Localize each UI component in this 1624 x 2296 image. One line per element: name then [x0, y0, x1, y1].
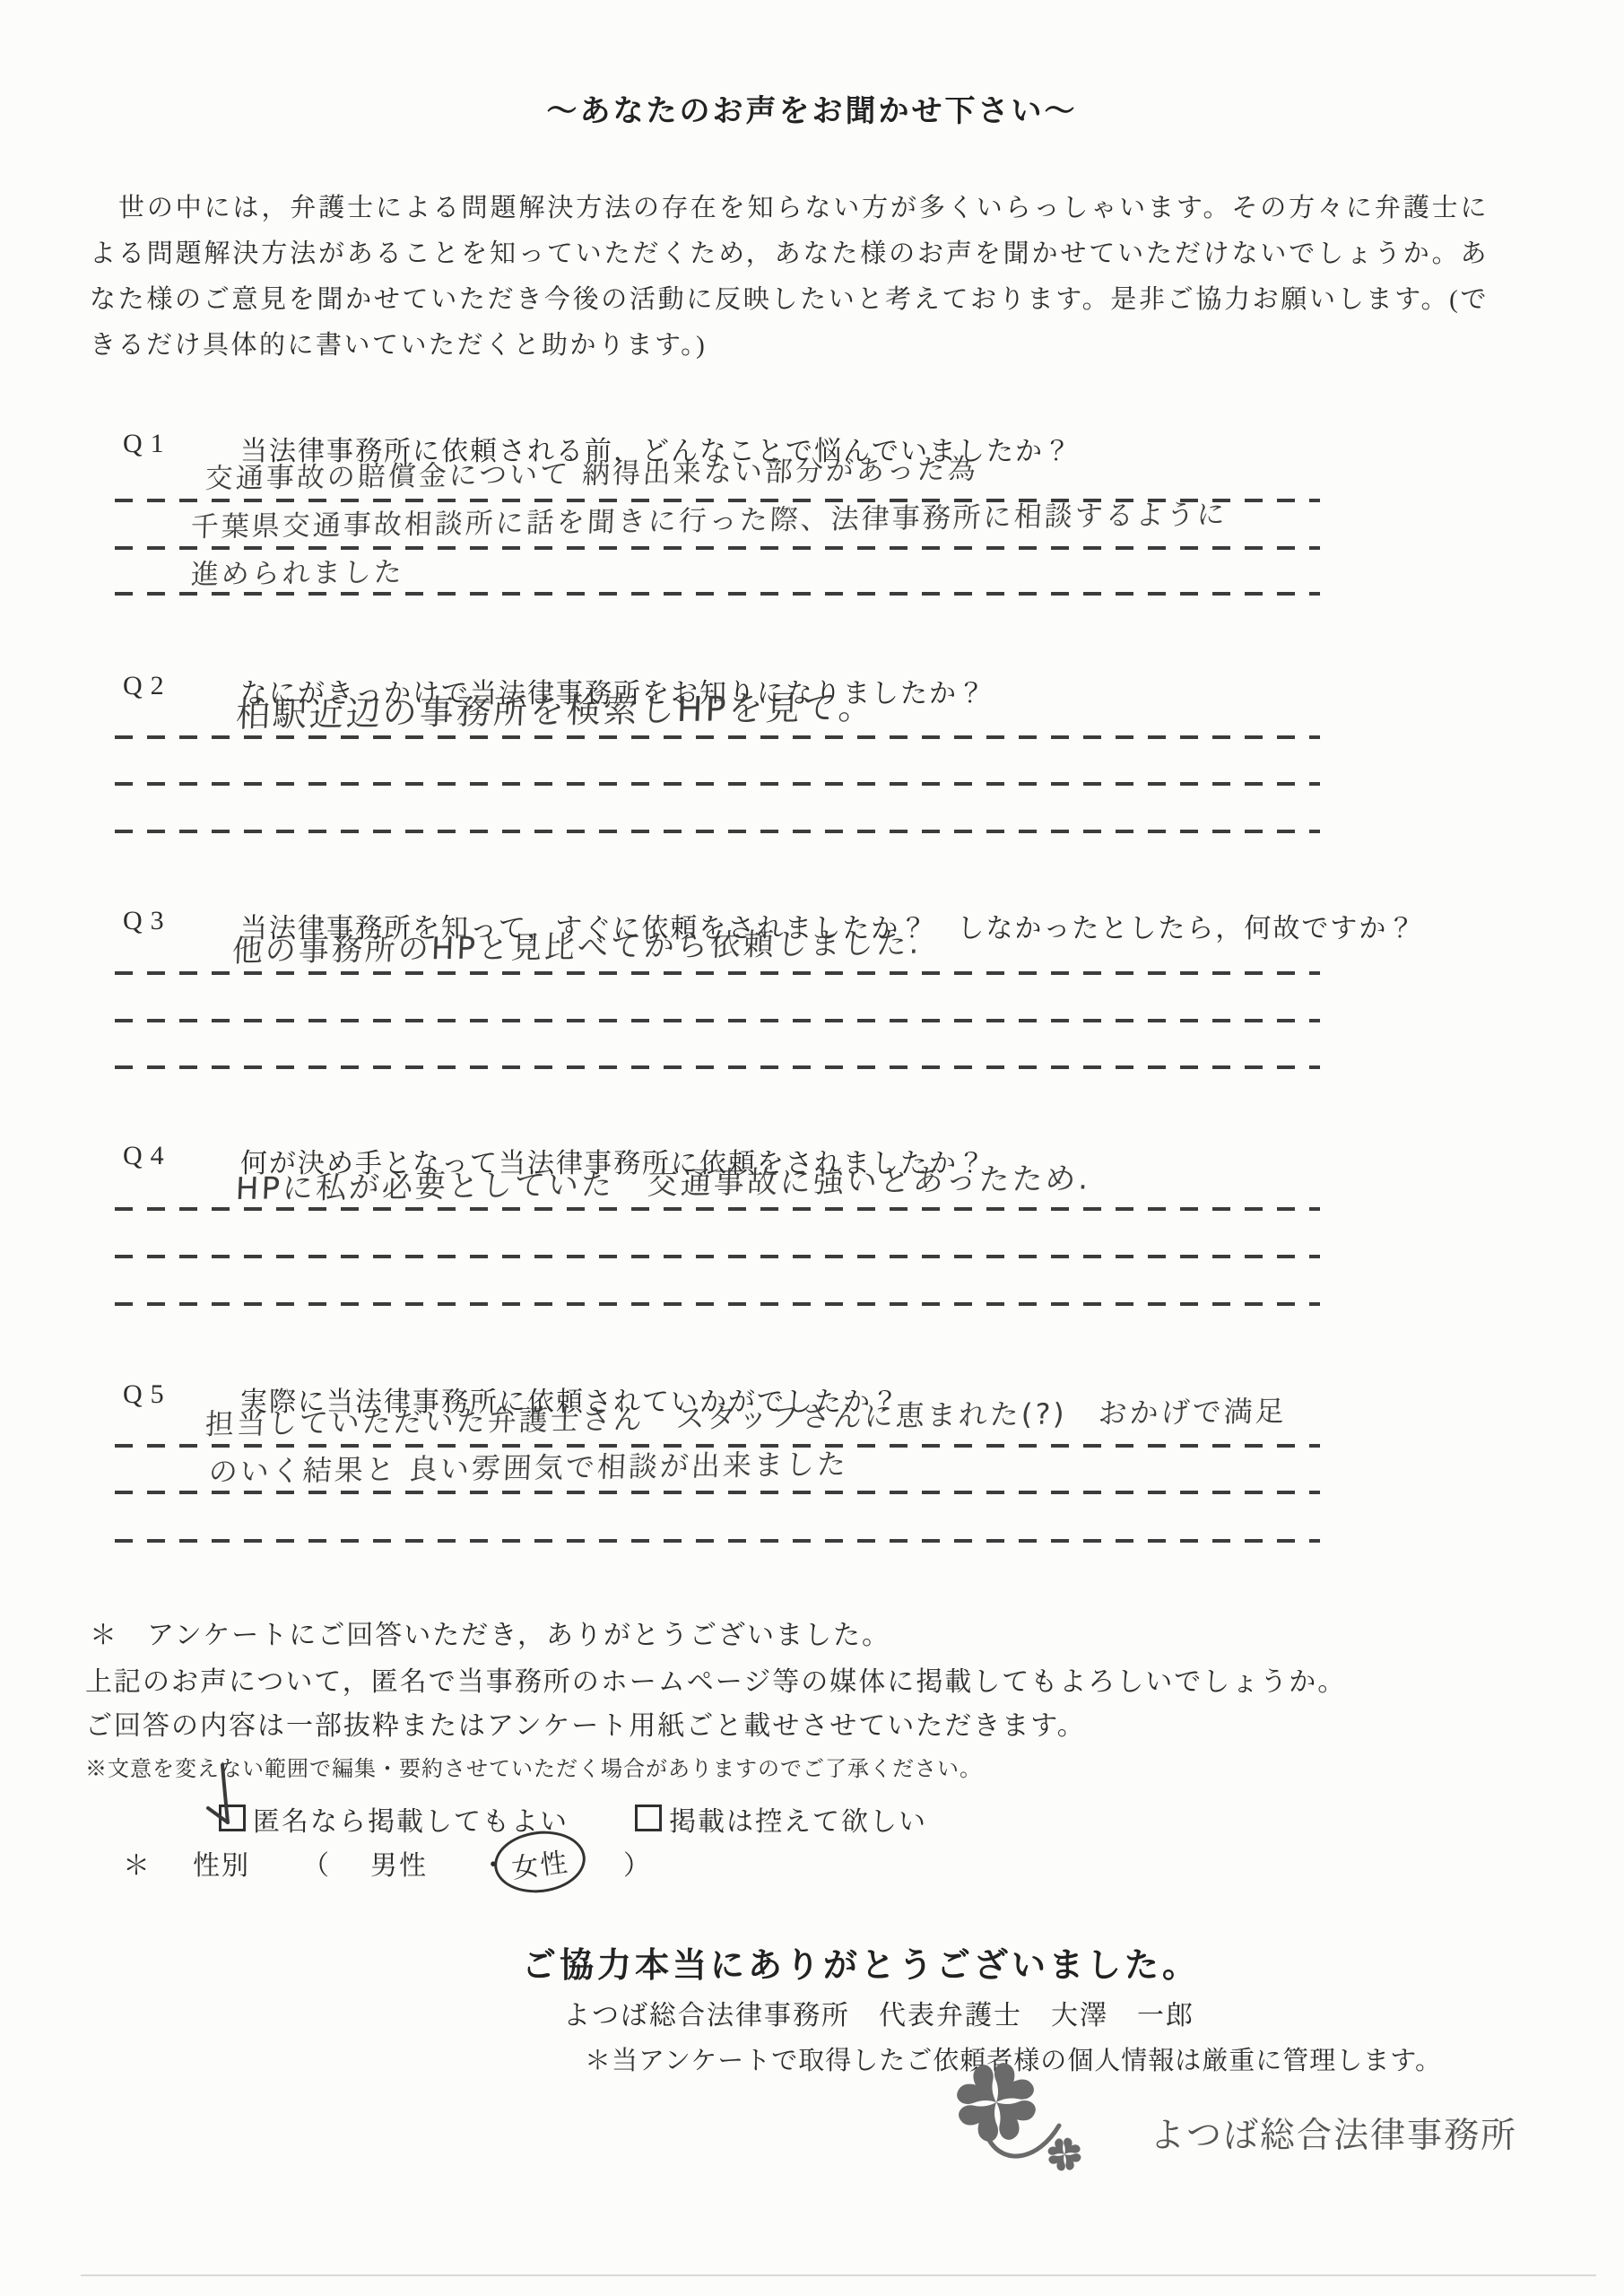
question-5-label: Q5 — [123, 1379, 172, 1410]
firm-and-representative: よつば総合法律事務所 代表弁護士 大澤 一郎 — [563, 1993, 1194, 2032]
publish-detail-note: ご回答の内容は一部抜粋またはアンケート用紙ごと載せさせていただきます。 — [85, 1703, 1086, 1743]
answer-rule — [115, 1065, 1320, 1069]
question-2-answer-line-1: 柏駅近辺の事務所を検索しHPを見て。 — [235, 679, 876, 736]
survey-thanks-note: ＊ アンケートにご回答いただき，ありがとうございました。 — [90, 1613, 890, 1652]
question-1-answer-line-1: 交通事故の賠償金について 納得出来ない部分があった為 — [204, 446, 979, 496]
answer-rule — [115, 546, 1320, 550]
question-4-answer-line-1: HPに私が必要としていた 交通事故に強いとあったため. — [235, 1153, 1091, 1208]
gender-option-male: 男性 — [370, 1843, 428, 1883]
four-leaf-clover-icon — [928, 2054, 1116, 2188]
gender-asterisk: ＊ — [123, 1843, 152, 1883]
consent-options-row: 匿名なら掲載してもよい 掲載は控えて欲しい — [219, 1799, 927, 1839]
scanned-questionnaire-page: ～あなたのお声をお聞かせ下さい～ 世の中には，弁護士による問題解決方法の存在を知… — [0, 0, 1624, 2296]
gender-paren-open: （ — [302, 1843, 331, 1883]
question-5-answer-line-2: のいく結果と 良い雰囲気で相談が出来ました — [208, 1441, 849, 1491]
question-3-answer-line-1: 他の事務所のHPと見比べてから依頼しました. — [231, 918, 923, 970]
gender-row: ＊ 性別 （ 男性 ・ 女性 ） — [123, 1840, 652, 1885]
question-3-label: Q3 — [123, 906, 172, 936]
answer-rule — [115, 782, 1320, 786]
gender-paren-close: ） — [623, 1843, 652, 1883]
intro-paragraph: 世の中には，弁護士による問題解決方法の存在を知らない方が多くいらっしゃいます。そ… — [90, 186, 1489, 369]
question-2-label: Q2 — [123, 671, 172, 701]
checkbox-decline-label: 掲載は控えて欲しい — [669, 1799, 927, 1839]
page-title: ～あなたのお声をお聞かせ下さい～ — [0, 86, 1624, 130]
answer-rule — [115, 1302, 1320, 1306]
checkbox-decline-publish — [635, 1805, 662, 1831]
answer-rule — [115, 1019, 1320, 1022]
scan-edge-line — [81, 2274, 1596, 2276]
question-4-label: Q4 — [123, 1141, 172, 1171]
answer-rule — [115, 830, 1320, 833]
footer-thanks: ご協力本当にありがとうございました。 — [522, 1937, 1200, 1987]
handwritten-check-mark — [195, 1760, 246, 1835]
answer-rule — [115, 1491, 1320, 1494]
publish-request-note: 上記のお声について，匿名で当事務所のホームページ等の媒体に掲載してもよろしいでし… — [85, 1659, 1346, 1699]
answer-rule — [115, 1539, 1320, 1543]
answer-rule — [115, 1207, 1320, 1211]
firm-logo-text: よつば総合法律事務所 — [1150, 2108, 1517, 2158]
answer-rule — [115, 735, 1320, 739]
answer-rule — [115, 1255, 1320, 1258]
answer-rule — [115, 592, 1320, 596]
answer-rule — [115, 971, 1320, 975]
checkbox-allow-label: 匿名なら掲載してもよい — [253, 1799, 569, 1839]
question-1-answer-line-3: 進められました — [190, 549, 405, 592]
gender-label: 性別 — [193, 1843, 250, 1883]
question-1-label: Q1 — [123, 429, 172, 459]
